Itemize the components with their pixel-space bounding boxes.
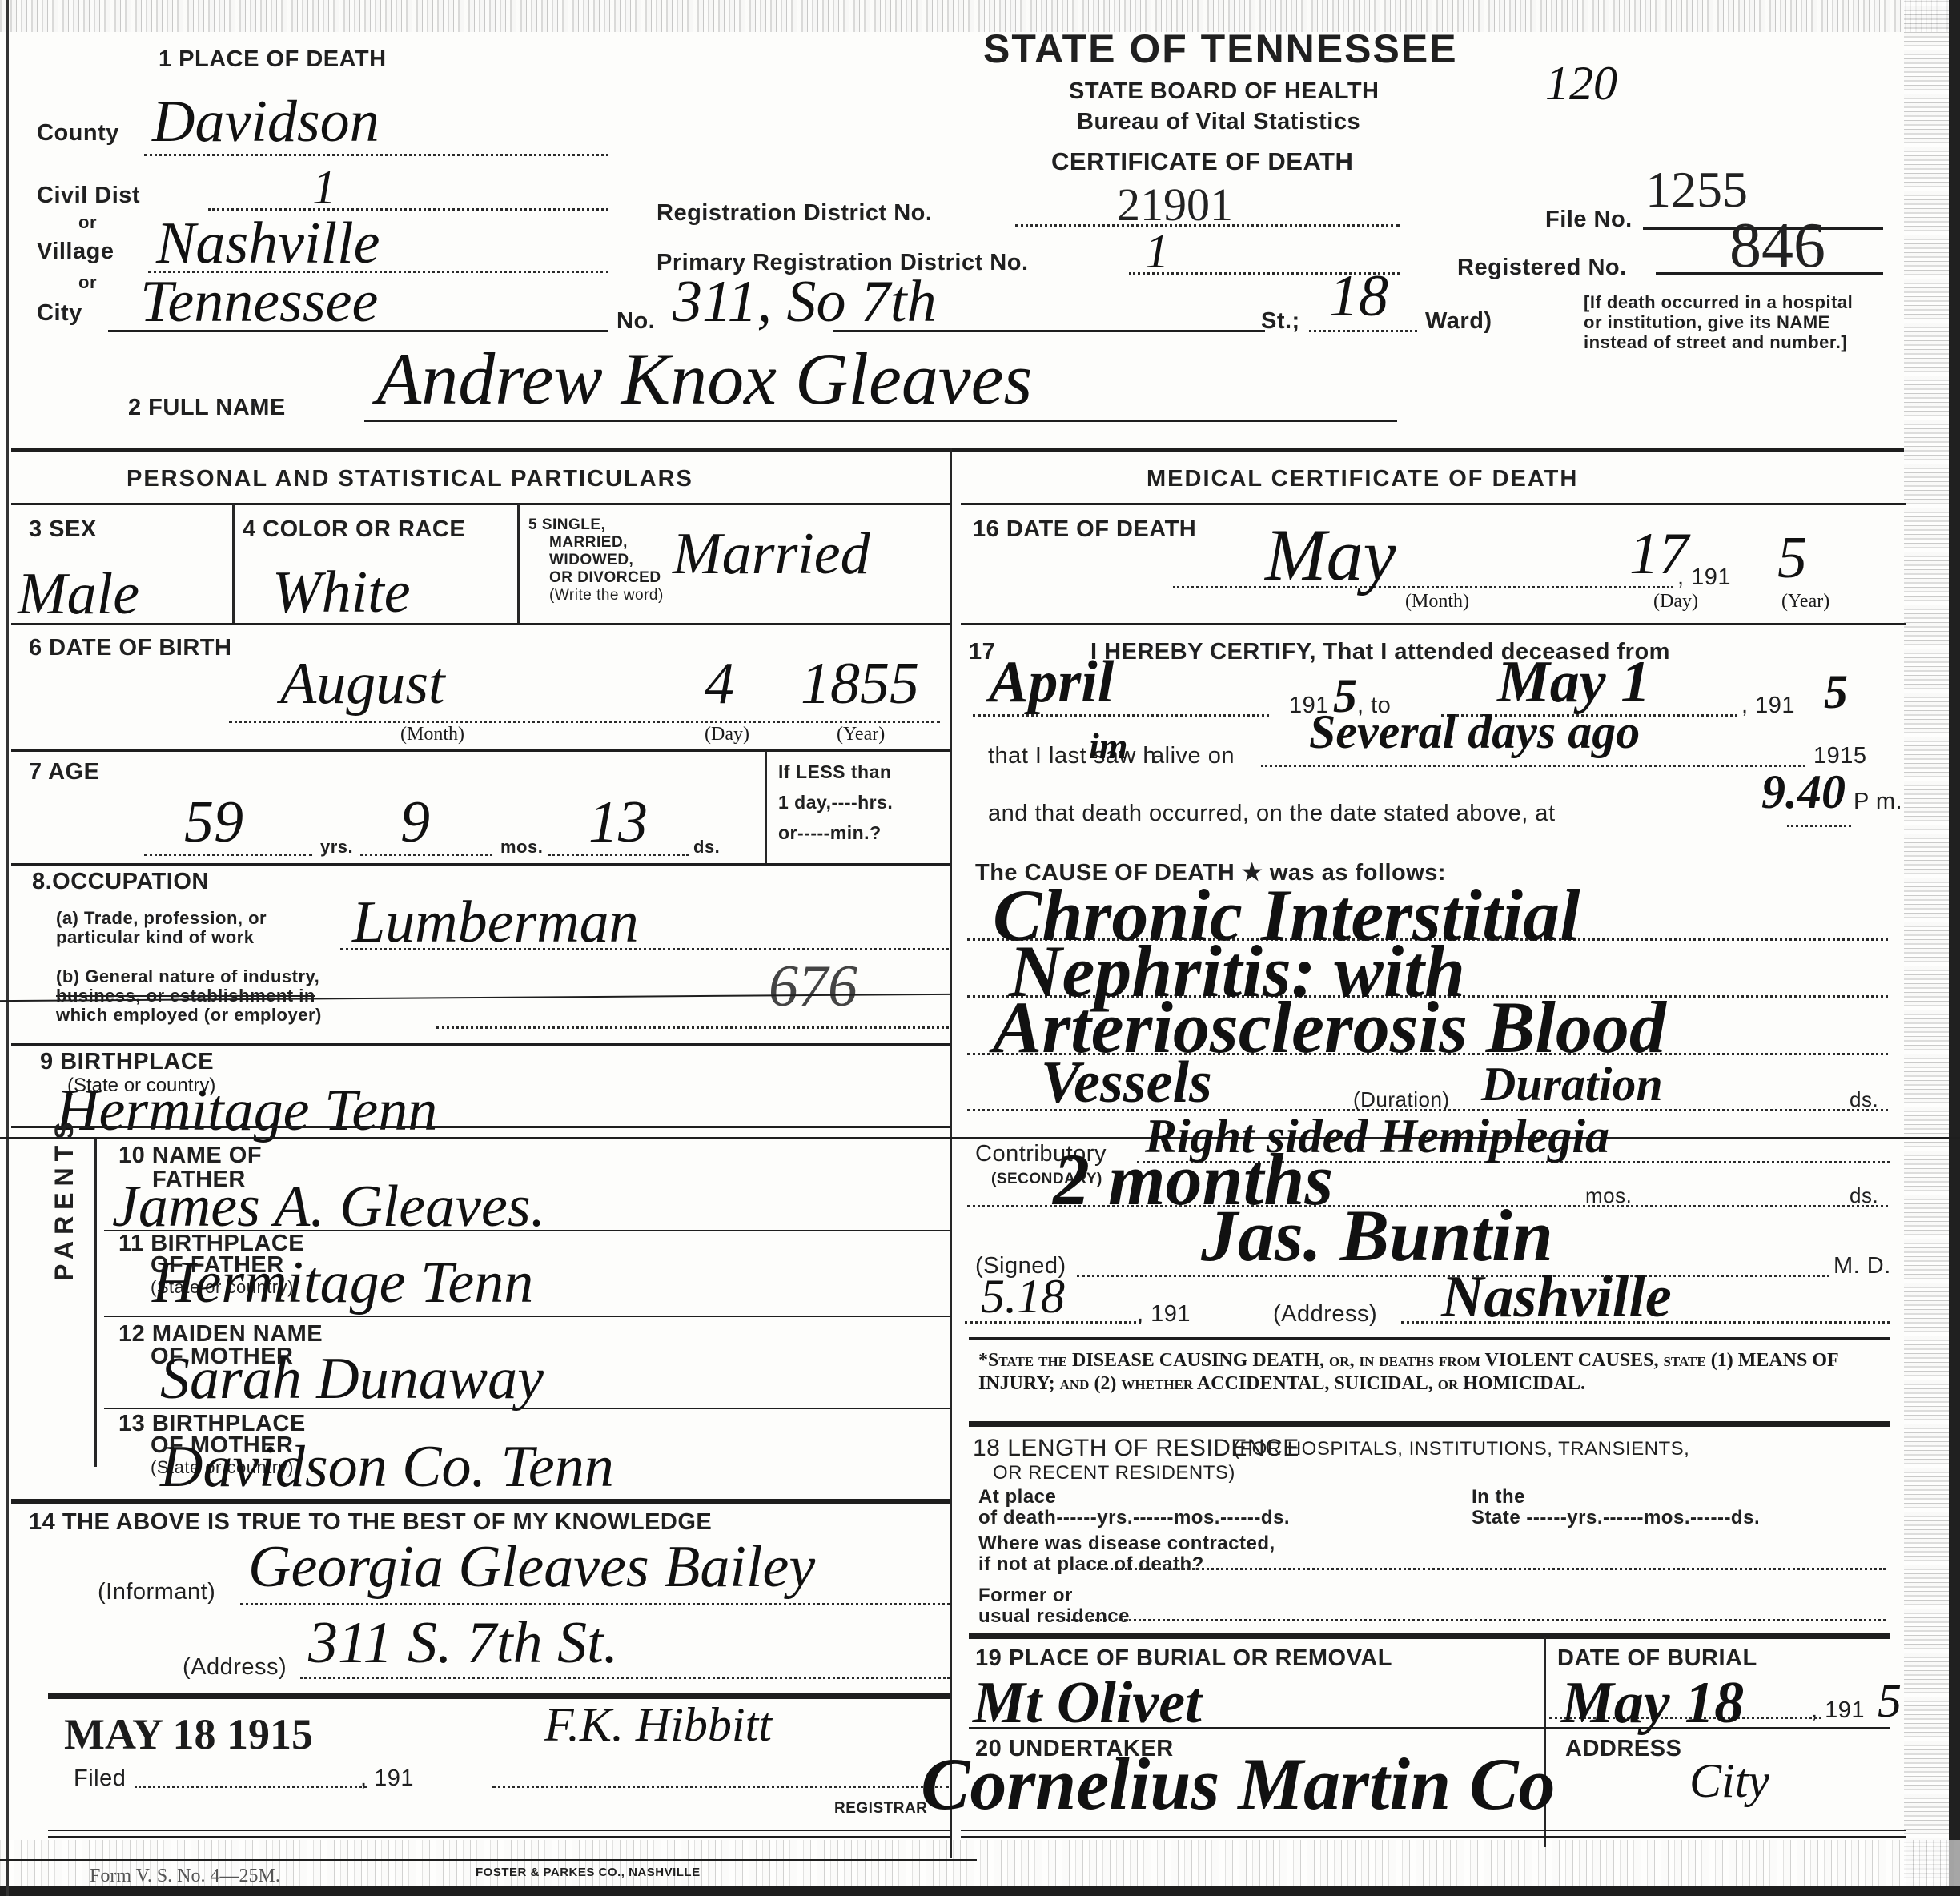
primary-district-value: 1 <box>1145 224 1169 279</box>
contributory-mos-label: mos. <box>1585 1183 1632 1208</box>
stray-line-birthplace <box>0 1137 1960 1139</box>
board-title: STATE BOARD OF HEALTH <box>1069 78 1379 105</box>
contracted-line-fill <box>1097 1568 1886 1570</box>
sex-label: 3 SEX <box>29 516 97 543</box>
village-label: Village <box>37 239 114 265</box>
less-than-line: or-----min.? <box>778 817 893 848</box>
occupation-b-label-line: which employed (or employer) <box>56 1006 322 1025</box>
signed-date: 5.18 <box>981 1269 1065 1324</box>
dod-year-digit: 5 <box>1777 524 1807 592</box>
section-divider-top <box>11 448 1904 452</box>
duration-value-left: Vessels <box>1041 1049 1212 1117</box>
street-no-label: No. <box>617 308 655 335</box>
registrar-line <box>492 1786 949 1788</box>
sex-value: Male <box>18 560 139 629</box>
signed-end-rule <box>969 1337 1890 1340</box>
duration-ds-label: ds. <box>1850 1087 1878 1112</box>
occupation-a-label-line: particular kind of work <box>56 928 267 947</box>
undertaker-address-label: ADDRESS <box>1565 1736 1681 1762</box>
ward-label: Ward) <box>1425 308 1492 335</box>
at-place-line: At place <box>978 1487 1290 1508</box>
burial-label: 19 PLACE OF BURIAL OR REMOVAL <box>975 1645 1392 1672</box>
place-of-death-heading: 1 PLACE OF DEATH <box>159 46 387 73</box>
race-marital-divider <box>517 504 520 623</box>
dod-year-prefix: , 191 <box>1677 564 1731 591</box>
father-birthplace-value: Hermitage Tenn <box>152 1249 533 1317</box>
attended-from-value: April <box>989 649 1114 717</box>
signed-address-label: (Address) <box>1273 1301 1377 1328</box>
birthplace-value: Hermitage Tenn <box>56 1077 437 1145</box>
informant-address-value: 311 S. 7th St. <box>308 1609 618 1677</box>
age-yrs-label: yrs. <box>320 837 353 858</box>
dod-label: 16 DATE OF DEATH <box>973 516 1196 543</box>
occupation-b-label-line: business, or establishment in <box>56 986 322 1006</box>
in-state-line: State ------yrs.------mos.------ds. <box>1472 1508 1760 1528</box>
contracted-line: Where was disease contracted, <box>978 1533 1275 1554</box>
residence-note-line-2: OR RECENT RESIDENTS) <box>993 1462 1235 1484</box>
medical-rule-1 <box>961 623 1906 625</box>
footnote-end-rule <box>969 1421 1890 1427</box>
death-time-text: and that death occurred, on the date sta… <box>988 801 1556 827</box>
race-label: 4 COLOR OR RACE <box>243 516 465 543</box>
dod-month: May <box>1265 512 1396 597</box>
burial-end-rule <box>969 1727 1890 1729</box>
last-saw-text: that I last saw h <box>988 743 1156 769</box>
marital-label-line: WIDOWED, <box>528 552 664 569</box>
undertaker-end-rule-2 <box>961 1836 1906 1838</box>
filed-end-rule-1 <box>48 1830 950 1831</box>
signed-year-prefix: , 191 <box>1137 1301 1191 1328</box>
dod-year-hint: (Year) <box>1781 591 1829 613</box>
filed-label: Filed <box>74 1765 126 1792</box>
mother-birthplace-line: 13 BIRTHPLACE <box>118 1413 306 1435</box>
informant-heading: 14 THE ABOVE IS TRUE TO THE BEST OF MY K… <box>29 1509 712 1536</box>
dob-year: 1855 <box>801 650 919 718</box>
undertaker-address-value: City <box>1689 1753 1769 1809</box>
medical-section-title: MEDICAL CERTIFICATE OF DEATH <box>1147 466 1578 492</box>
age-months: 9 <box>400 789 430 857</box>
occupation-b-value: 676 <box>769 953 857 1021</box>
city-value: Tennessee <box>140 268 378 336</box>
residence-at-place: At place of death------yrs.------mos.---… <box>978 1487 1290 1528</box>
or-1: or <box>78 212 97 233</box>
occupation-a-label: (a) Trade, profession, or particular kin… <box>56 909 267 947</box>
parents-end-rule <box>11 1499 950 1504</box>
dob-month-hint: (Month) <box>400 724 464 745</box>
row-rule-5 <box>11 1126 950 1128</box>
burial-date-label: DATE OF BURIAL <box>1557 1645 1757 1672</box>
dod-day-hint: (Day) <box>1653 591 1698 613</box>
filed-end-rule-2 <box>48 1836 950 1838</box>
in-state-line: In the <box>1472 1487 1760 1508</box>
mother-rule <box>104 1408 950 1409</box>
less-than-line: 1 day,----hrs. <box>778 787 893 817</box>
scan-edge-right <box>1949 0 1960 1896</box>
civil-dist-value: 1 <box>312 160 336 215</box>
former-line-fill <box>1057 1619 1886 1621</box>
filed-stamp: MAY 18 1915 <box>64 1709 313 1759</box>
footer-rule <box>0 1859 977 1861</box>
registration-district-value: 21901 <box>1117 178 1233 231</box>
printer-credit: FOSTER & PARKES CO., NASHVILLE <box>476 1866 701 1879</box>
civil-dist-label: Civil Dist <box>37 183 140 209</box>
dob-year-hint: (Year) <box>837 724 885 745</box>
cause-footnote: *State the DISEASE CAUSING DEATH, or, in… <box>978 1349 1891 1396</box>
occupation-b-label-line: (b) General nature of industry, <box>56 967 322 986</box>
birthplace-label: 9 BIRTHPLACE <box>40 1049 214 1075</box>
informant-label: (Informant) <box>98 1579 215 1605</box>
former-line: Former or <box>978 1585 1130 1606</box>
registration-district-label: Registration District No. <box>657 200 932 227</box>
county-value: Davidson <box>152 88 380 156</box>
age-less-divider <box>765 751 767 863</box>
md-label: M. D. <box>1833 1253 1891 1279</box>
row-rule-3 <box>11 863 950 866</box>
alive-on-label: alive on <box>1151 743 1235 769</box>
marital-label-line: MARRIED, <box>528 534 664 552</box>
full-name-value: Andrew Knox Gleaves <box>376 336 1032 421</box>
burial-year-prefix: , 191 <box>1811 1697 1865 1724</box>
parents-divider <box>94 1139 97 1467</box>
marital-label-line: OR DIVORCED <box>528 569 664 587</box>
column-divider <box>950 448 952 1858</box>
mother-value: Sarah Dunaway <box>160 1345 544 1413</box>
age-years: 59 <box>184 789 243 857</box>
death-certificate: STATE OF TENNESSEE STATE BOARD OF HEALTH… <box>0 0 1960 1896</box>
residence-in-state: In the State ------yrs.------mos.------d… <box>1472 1487 1760 1528</box>
age-ds-label: ds. <box>693 837 720 858</box>
last-saw-value: Several days ago <box>1309 705 1640 760</box>
last-saw-line <box>1261 765 1805 767</box>
hospital-note: [If death occurred in a hospital or inst… <box>1584 292 1874 352</box>
st-label: St.; <box>1261 308 1300 335</box>
marital-label-line: 5 SINGLE, <box>528 516 664 534</box>
father-label-line: 10 NAME OF <box>118 1143 262 1167</box>
former-line: usual residence <box>978 1606 1130 1627</box>
death-time-suffix: P m. <box>1854 789 1902 815</box>
registered-no-value: 846 <box>1729 210 1825 283</box>
primary-district-label: Primary Registration District No. <box>657 250 1029 276</box>
marital-value: Married <box>673 520 870 588</box>
dob-day: 4 <box>705 650 734 718</box>
row-rule-4 <box>11 1043 950 1046</box>
burial-year-digit: 5 <box>1878 1673 1902 1729</box>
corner-number: 120 <box>1545 56 1617 111</box>
to-year-digit: 5 <box>1824 665 1848 720</box>
dod-month-hint: (Month) <box>1405 591 1469 613</box>
less-than-line: If LESS than <box>778 757 893 787</box>
street-no-value: 311, So 7th <box>673 268 937 336</box>
file-no-label: File No. <box>1545 207 1633 233</box>
registered-no-label: Registered No. <box>1457 255 1627 281</box>
primary-district-line <box>1129 272 1400 275</box>
marital-label: 5 SINGLE, MARRIED, WIDOWED, OR DIVORCED … <box>528 516 664 605</box>
undertaker-value: Cornelius Martin Co <box>921 1741 1556 1826</box>
mother-birthplace-value: Davidson Co. Tenn <box>160 1433 614 1501</box>
occupation-b-line <box>436 1026 949 1029</box>
informant-line <box>240 1603 950 1605</box>
filed-year-prefix: , 191 <box>360 1765 414 1792</box>
age-mos-label: mos. <box>500 837 543 858</box>
filed-line <box>135 1786 367 1788</box>
certificate-title: CERTIFICATE OF DEATH <box>1051 147 1353 176</box>
signed-address-value: Nashville <box>1441 1263 1672 1332</box>
county-label: County <box>37 120 119 147</box>
residence-end-rule <box>969 1633 1890 1639</box>
row-rule-2 <box>11 749 950 752</box>
state-title: STATE OF TENNESSEE <box>983 26 1458 72</box>
contributory-ds-label: ds. <box>1850 1183 1878 1208</box>
or-2: or <box>78 272 97 293</box>
at-place-line: of death------yrs.------mos.------ds. <box>978 1508 1290 1528</box>
death-time-value: 9.40 <box>1761 765 1846 820</box>
occupation-a-label-line: (a) Trade, profession, or <box>56 909 267 928</box>
occupation-a-value: Lumberman <box>352 889 639 957</box>
dob-line <box>229 721 940 723</box>
occupation-label: 8.OCCUPATION <box>32 869 209 895</box>
medical-header-rule <box>961 503 1906 505</box>
registrar-signature: F.K. Hibbitt <box>544 1697 772 1753</box>
residence-note-line-1: (FOR HOSPITALS, INSTITUTIONS, TRANSIENTS… <box>1233 1438 1689 1460</box>
race-value: White <box>272 559 411 627</box>
form-number: Form V. S. No. 4—25M. <box>90 1866 280 1887</box>
last-saw-him: im <box>1089 725 1128 767</box>
less-than-box: If LESS than 1 day,----hrs. or-----min.? <box>778 757 893 848</box>
informant-value: Georgia Gleaves Bailey <box>248 1533 815 1601</box>
form-border-left <box>6 0 9 1896</box>
scan-noise-top <box>0 0 1960 32</box>
dob-day-hint: (Day) <box>705 724 749 745</box>
father-birthplace-rule <box>104 1316 950 1317</box>
sex-race-divider <box>232 504 235 623</box>
registrar-label: REGISTRAR <box>834 1800 927 1818</box>
undertaker-end-rule-1 <box>961 1830 1906 1831</box>
dob-label: 6 DATE OF BIRTH <box>29 635 231 661</box>
bureau-title: Bureau of Vital Statistics <box>1077 109 1360 135</box>
death-time-line <box>1787 825 1851 827</box>
personal-header-rule <box>11 503 950 505</box>
dob-month: August <box>280 650 445 718</box>
parents-label: PARENTS <box>50 1115 79 1281</box>
informant-end-rule <box>48 1693 950 1699</box>
marital-label-line: (Write the word) <box>528 587 664 605</box>
to-year-prefix: , 191 <box>1741 693 1795 719</box>
full-name-label: 2 FULL NAME <box>128 395 286 421</box>
city-label: City <box>37 300 82 327</box>
mother-label-line: 12 MAIDEN NAME <box>118 1323 323 1345</box>
occupation-b-label: (b) General nature of industry, business… <box>56 967 322 1025</box>
age-days: 13 <box>588 789 648 857</box>
row-rule-1 <box>11 623 950 625</box>
duration-value: Duration <box>1481 1057 1663 1112</box>
contracted-line: if not at place of death? <box>978 1554 1275 1575</box>
scan-edge-bottom <box>0 1886 1960 1896</box>
personal-section-title: PERSONAL AND STATISTICAL PARTICULARS <box>127 466 693 492</box>
informant-address-label: (Address) <box>183 1654 287 1681</box>
age-label: 7 AGE <box>29 759 99 785</box>
dod-line <box>1173 586 1673 588</box>
